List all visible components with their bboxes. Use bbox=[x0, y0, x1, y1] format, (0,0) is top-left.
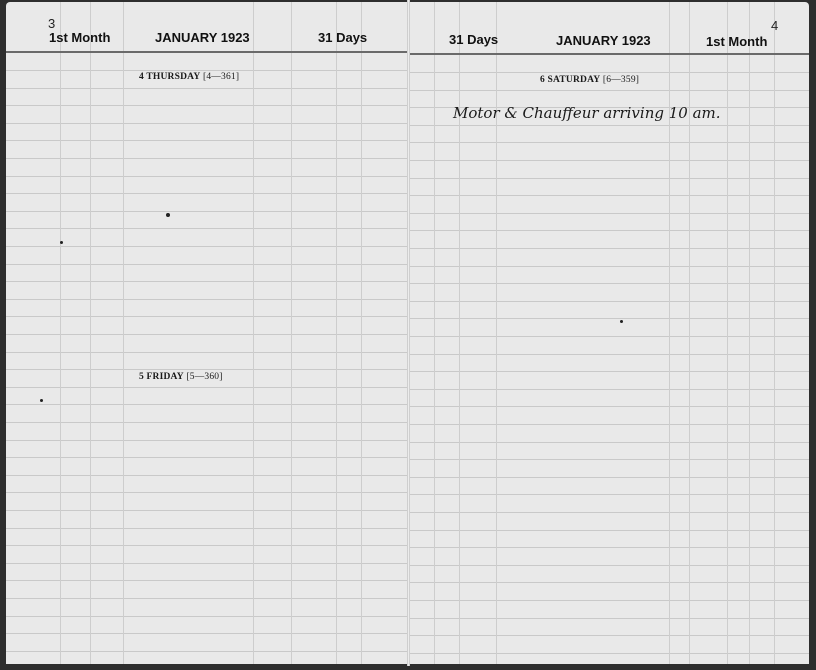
column-line bbox=[774, 2, 775, 664]
column-line bbox=[434, 2, 435, 664]
handwritten-entry: Motor & Chauffeur arriving 10 am. bbox=[453, 104, 721, 122]
ruled-line bbox=[6, 528, 408, 529]
column-line bbox=[60, 2, 61, 664]
ruled-line bbox=[6, 598, 408, 599]
ruled-line bbox=[6, 299, 408, 300]
ruled-line bbox=[6, 633, 408, 634]
ruled-line bbox=[6, 404, 408, 405]
days-count: 31 Days bbox=[449, 32, 498, 47]
days-count: 31 Days bbox=[318, 30, 367, 45]
ink-spot bbox=[60, 241, 63, 244]
ruled-line bbox=[6, 334, 408, 335]
day-count: [6—359] bbox=[603, 75, 639, 85]
column-line bbox=[689, 2, 690, 664]
ruled-line bbox=[6, 369, 408, 370]
ruled-line bbox=[6, 246, 408, 247]
ruled-line bbox=[6, 475, 408, 476]
column-line bbox=[90, 2, 91, 664]
ruled-line bbox=[6, 440, 408, 441]
book-spine bbox=[407, 0, 410, 666]
ink-spot bbox=[166, 213, 170, 217]
ruled-line bbox=[6, 158, 408, 159]
ruled-line bbox=[6, 580, 408, 581]
month-title: JANUARY 1923 bbox=[556, 33, 651, 48]
ruled-line bbox=[6, 492, 408, 493]
date-label: 5 FRIDAY bbox=[139, 372, 184, 382]
ruled-line bbox=[6, 316, 408, 317]
column-line bbox=[459, 2, 460, 664]
column-line bbox=[669, 2, 670, 664]
right-page: 4 31 Days JANUARY 1923 1st Month 6 SATUR… bbox=[409, 2, 809, 664]
ink-spot bbox=[620, 320, 623, 323]
header-divider bbox=[409, 53, 809, 55]
month-title: JANUARY 1923 bbox=[155, 30, 250, 45]
ruled-line bbox=[6, 387, 408, 388]
ruled-line bbox=[6, 228, 408, 229]
ink-spot bbox=[40, 399, 43, 402]
ruled-line bbox=[6, 140, 408, 141]
left-page: 3 1st Month JANUARY 1923 31 Days 4 THURS… bbox=[6, 2, 408, 664]
column-line bbox=[496, 2, 497, 664]
ruled-line bbox=[6, 457, 408, 458]
ruled-line bbox=[6, 123, 408, 124]
ruled-line bbox=[6, 88, 408, 89]
page-number: 4 bbox=[771, 18, 778, 33]
ruled-line bbox=[6, 422, 408, 423]
day-count: [4—361] bbox=[203, 72, 239, 82]
header-divider bbox=[6, 51, 408, 53]
month-index: 1st Month bbox=[49, 30, 110, 45]
diary-spread: 3 1st Month JANUARY 1923 31 Days 4 THURS… bbox=[0, 0, 816, 670]
ruled-line bbox=[6, 651, 408, 652]
ruled-line bbox=[6, 193, 408, 194]
column-line bbox=[749, 2, 750, 664]
column-line bbox=[336, 2, 337, 664]
ruled-line bbox=[6, 563, 408, 564]
ruled-line bbox=[6, 264, 408, 265]
ruled-line bbox=[6, 105, 408, 106]
ruled-line bbox=[6, 352, 408, 353]
date-heading-saturday: 6 SATURDAY [6—359] bbox=[540, 75, 639, 85]
page-number: 3 bbox=[48, 16, 55, 31]
date-heading-thursday: 4 THURSDAY [4—361] bbox=[139, 72, 239, 82]
column-line bbox=[291, 2, 292, 664]
column-line bbox=[727, 2, 728, 664]
ruled-line bbox=[6, 616, 408, 617]
day-count: [5—360] bbox=[186, 372, 222, 382]
month-index: 1st Month bbox=[706, 34, 767, 49]
ruled-line bbox=[6, 510, 408, 511]
ruled-line bbox=[6, 545, 408, 546]
ruled-line bbox=[6, 211, 408, 212]
date-label: 4 THURSDAY bbox=[139, 72, 200, 82]
date-label: 6 SATURDAY bbox=[540, 75, 600, 85]
ruled-line bbox=[6, 281, 408, 282]
date-heading-friday: 5 FRIDAY [5—360] bbox=[139, 372, 223, 382]
ruled-line bbox=[6, 70, 408, 71]
column-line bbox=[361, 2, 362, 664]
column-line bbox=[123, 2, 124, 664]
column-line bbox=[253, 2, 254, 664]
ruled-line bbox=[6, 176, 408, 177]
